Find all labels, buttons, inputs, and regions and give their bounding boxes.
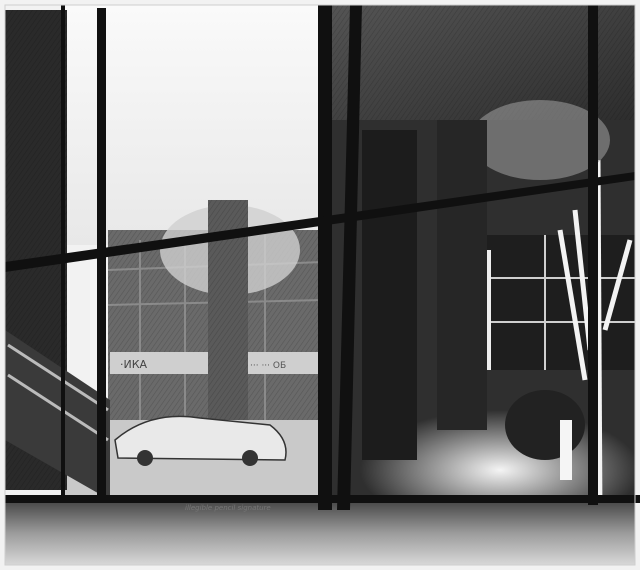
interior-column-1 bbox=[362, 130, 417, 460]
shrub bbox=[505, 390, 585, 460]
interior-column-2 bbox=[437, 120, 487, 430]
storefront-sign-right: ··· ··· ОБ bbox=[250, 361, 286, 371]
storefront-sign-left: ·ИКА bbox=[120, 358, 148, 371]
charcoal-drawing: ·ИКА ··· ··· ОБ bbox=[0, 0, 640, 570]
artwork-canvas: ·ИКА ··· ··· ОБ bbox=[0, 0, 640, 570]
artist-signature: illegible pencil signature bbox=[185, 504, 271, 512]
